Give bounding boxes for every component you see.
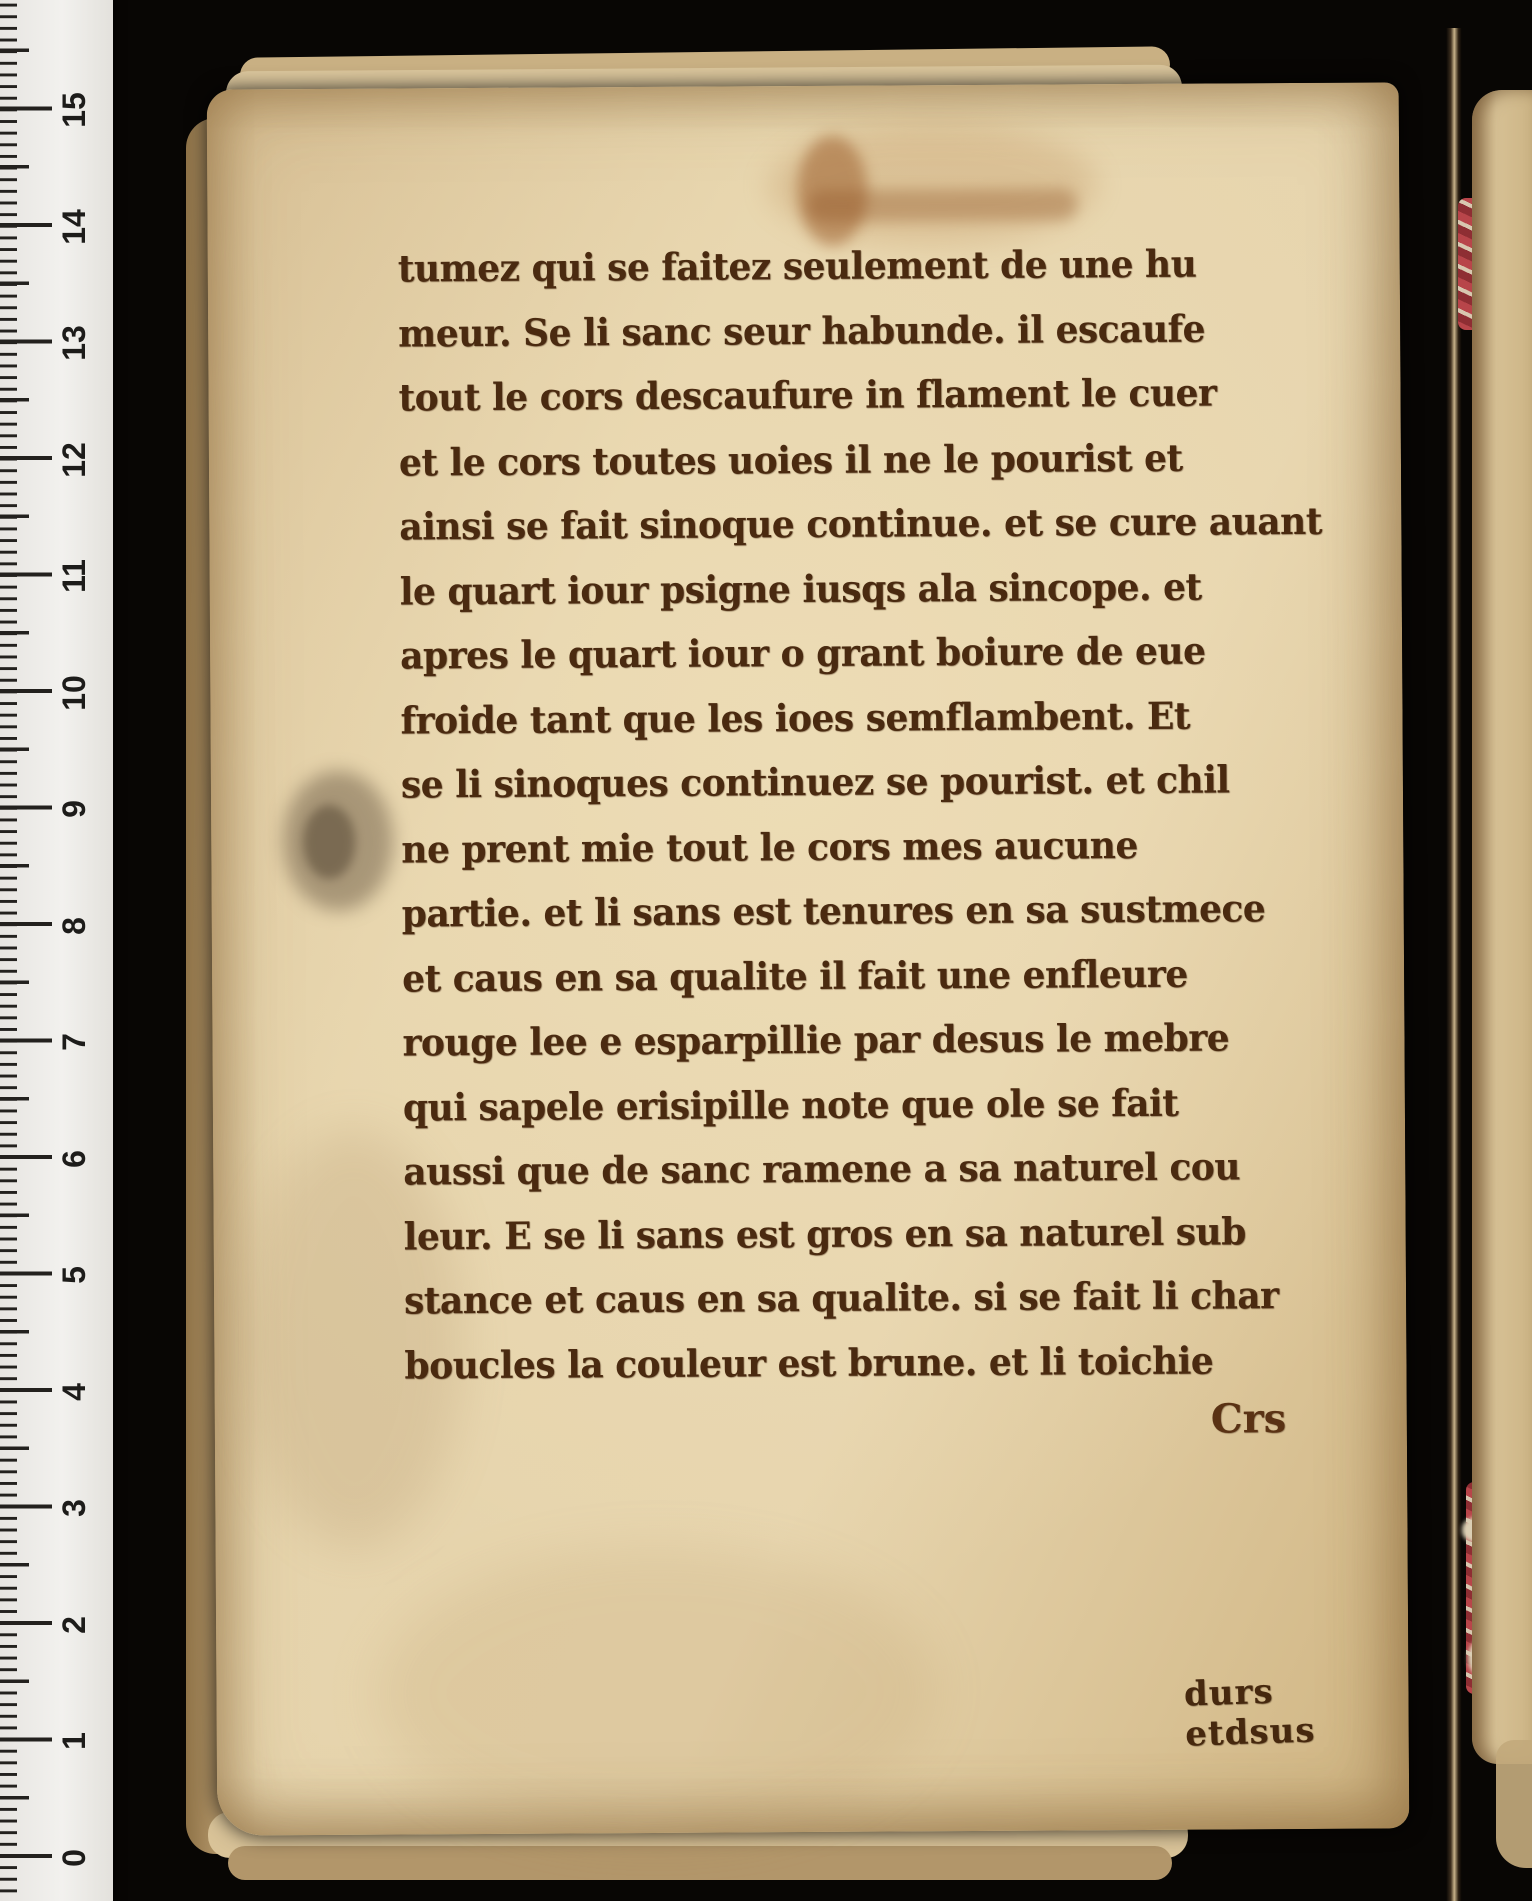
ruler-number: 0 (54, 1834, 94, 1882)
manuscript-text-line: froide tant que les ioes semflambent. Et (400, 693, 1280, 765)
ruler: 1514131211109876543210 (0, 0, 113, 1901)
manuscript-text-line: leur. E se li sans est gros en sa nature… (404, 1209, 1284, 1281)
manuscript-text-line: stance et caus en sa qualite. si se fait… (404, 1274, 1284, 1346)
manuscript-text-line: ne prent mie tout le cors mes aucune (401, 822, 1281, 894)
manuscript-text-line: boucles la couleur est brune. et li toic… (404, 1338, 1284, 1410)
manuscript-text-line: tumez qui se faitez seulement de une hu (398, 242, 1278, 314)
facing-leaf-edge (1472, 90, 1532, 1764)
ruler-number: 11 (54, 552, 94, 600)
ruler-number: 2 (54, 1601, 94, 1649)
ruler-number: 8 (54, 902, 94, 950)
manuscript-text-line: aussi que de sanc ramene a sa naturel co… (403, 1145, 1283, 1217)
ruler-labels: 1514131211109876543210 (0, 0, 113, 1901)
text-block: tumez qui se faitez seulement de une hum… (398, 243, 1285, 1409)
ruler-number: 4 (54, 1368, 94, 1416)
manuscript-text-line: et caus en sa qualite il fait une enfleu… (402, 951, 1282, 1023)
ruler-number: 15 (54, 86, 94, 134)
stain-top-streak (807, 188, 1077, 222)
marginalia-bottom-right: durs etdsus (1183, 1667, 1409, 1754)
ruler-number: 9 (54, 785, 94, 833)
manuscript-text-line: meur. Se li sanc seur habunde. il escauf… (398, 306, 1278, 378)
ruler-number: 6 (54, 1135, 94, 1183)
manuscript-text-line: qui sapele erisipille note que ole se fa… (403, 1080, 1283, 1152)
manuscript-text-line: partie. et li sans est tenures en sa sus… (402, 887, 1282, 959)
leaf-edge-bottom-outer (228, 1846, 1172, 1880)
ruler-number: 7 (54, 1018, 94, 1066)
ruler-number: 13 (54, 319, 94, 367)
manuscript-text-line: rouge lee e esparpillie par desus le meb… (402, 1016, 1282, 1088)
stain-left-core (303, 805, 355, 879)
ruler-number: 10 (54, 669, 94, 717)
ruler-number: 5 (54, 1251, 94, 1299)
catchword: Crs (1211, 1395, 1287, 1442)
facing-leaf-edge-lower (1496, 1740, 1532, 1868)
manuscript-text-line: se li sinoques continuez se pourist. et … (401, 758, 1281, 830)
ruler-number: 14 (54, 203, 94, 251)
manuscript-text-line: le quart iour psigne iusqs ala sincope. … (400, 564, 1280, 636)
ruler-number: 1 (54, 1717, 94, 1765)
stain-bottom-wash (376, 1545, 938, 1838)
manuscript-text-line: tout le cors descaufure in flament le cu… (398, 371, 1278, 443)
ruler-number: 12 (54, 436, 94, 484)
manuscript-page: tumez qui se faitez seulement de une hum… (207, 82, 1410, 1835)
manuscript-text-line: ainsi se fait sinoque continue. et se cu… (399, 500, 1279, 572)
manuscript-text-line: apres le quart iour o grant boiure de eu… (400, 629, 1280, 701)
manuscript-text-line: et le cors toutes uoies il ne le pourist… (399, 435, 1279, 507)
ruler-number: 3 (54, 1484, 94, 1532)
